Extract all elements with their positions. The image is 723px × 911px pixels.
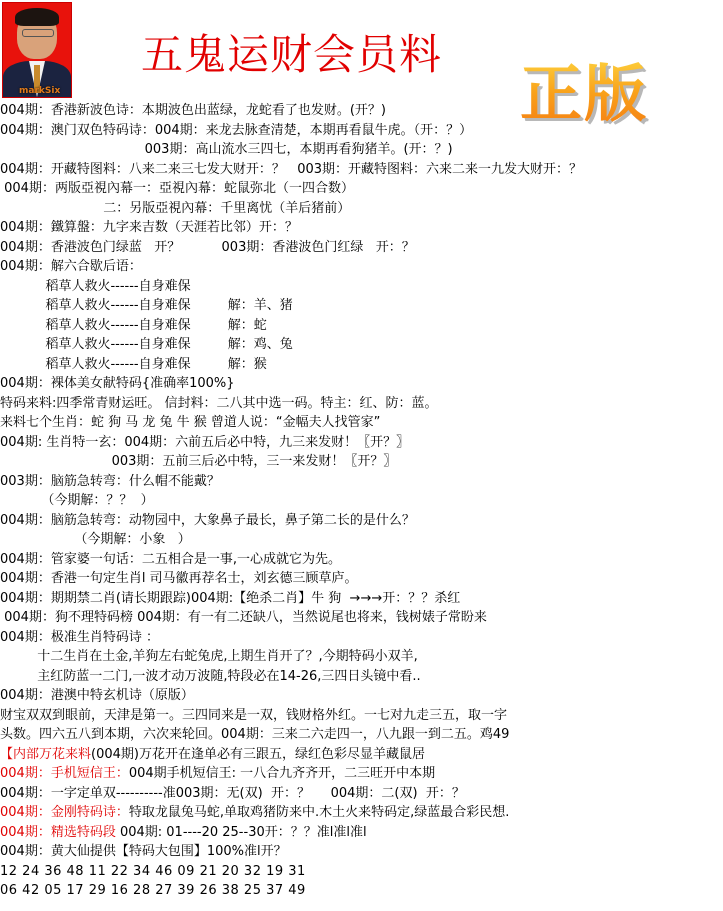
text-line: 头数。四六五八到本期，六次来轮回。004期：三来二六走四一，八九跟一到二五。鸡4… [0,725,723,745]
content-lines: 004期：香港新波色诗：本期波色出蓝绿，龙蛇看了也发财。(开？)004期：澳门双… [0,101,723,901]
text-line: 003期：五前三后必中特，三一来发财！〖开？〗 [0,452,723,472]
text-line: 004期：管家婆一句话：二五相合是一事,一心成就它为先。 [0,550,723,570]
line-text: 004期：开藏特图料：八来二来三七发大财开：？ 003期：开藏特图料：六来二来一… [0,162,582,177]
line-text: 财宝双双到眼前，天津是第一。三四同来是一双，钱财格外红。一七对九走三五，取一字 [0,708,507,723]
line-text: 004期手机短信王: 一八合九齐齐开，二三旺开中本期 [129,766,435,781]
line-text: 004期：澳门双色特码诗：004期：来龙去脉查清楚，本期再看鼠牛虎。（开：？） [0,123,472,138]
text-line: 004期：黄大仙提供【特码大包围】100%准l开？ [0,842,723,862]
line-text: 004期：黄大仙提供【特码大包围】100%准l开？ [0,844,287,859]
text-line: 二：另版亞視內幕：千里离忧（羊后猪前） [0,199,723,219]
text-line: 004期：港澳中特玄机诗（原版） [0,686,723,706]
line-text: 004期：一字定单双----------准003期：无(双) 开：？ 004期：… [0,786,465,801]
line-text: 003期：脑筋急转弯：什么帽不能戴？ [0,474,220,489]
text-line: 004期：香港一句定生肖l 司马徽再荐名士，刘玄德三顾草庐。 [0,569,723,589]
line-text: 头数。四六五八到本期，六次来轮回。004期：三来二六走四一，八九跟一到二五。鸡4… [0,727,509,742]
line-text: 003期：高山流水三四七，本期再看狗猪羊。(开：？) [0,142,453,157]
line-text: 004期：极准生肖特码诗 ： [0,630,159,645]
text-line: 004期：香港新波色诗：本期波色出蓝绿，龙蛇看了也发财。(开？) [0,101,723,121]
line-text: 稻草人救火------自身难保 解：蛇 [0,318,267,333]
line-text: 004期: 01----20 25--30开：？？准l准l准l [116,825,367,840]
text-line: 004期：开藏特图料：八来二来三七发大财开：？ 003期：开藏特图料：六来二来一… [0,160,723,180]
text-line: 004期：金刚特码诗：特取龙鼠兔马蛇,单取鸡猪防来中.木土火来特码定,绿蓝最合彩… [0,803,723,823]
line-text: 06 42 05 17 29 16 28 27 39 26 38 25 37 4… [0,883,306,898]
line-text: 004期：香港一句定生肖l 司马徽再荐名士，刘玄德三顾草庐。 [0,571,358,586]
text-line: 004期：精选特码段 004期: 01----20 25--30开：？？准l准l… [0,823,723,843]
text-line: 004期：澳门双色特码诗：004期：来龙去脉查清楚，本期再看鼠牛虎。（开：？） [0,121,723,141]
text-line: 004期：解六合歇后语： [0,257,723,277]
line-text: 稻草人救火------自身难保 解：鸡、兔 [0,337,293,352]
line-text: 特码来料:四季常青财运旺。 信封料：二八其中选一码。特主：红、防：蓝。 [0,396,438,411]
line-text: 004期：狗不理特码榜 004期：有一有二还缺八，当然说尾也将来，钱树婊子常盼来 [0,610,487,625]
line-text: （今期解：？？ ） [0,493,154,508]
line-text: 004期：香港新波色诗：本期波色出蓝绿，龙蛇看了也发财。(开？) [0,103,386,118]
highlight-label: 004期：手机短信王： [0,766,129,781]
portrait-glasses [22,29,54,37]
text-line: 003期：高山流水三四七，本期再看狗猪羊。(开：？) [0,140,723,160]
line-text: 004期: 生肖特一玄：004期：六前五后必中特，九三来发财！〖开？〗 [0,435,409,450]
highlight-label: 【内部万花来料 [0,747,91,762]
line-text: 稻草人救火------自身难保 解：猴 [0,357,267,372]
text-line: 004期：两版亞視內幕一：亞視內幕：蛇鼠弥北（一四合数） [0,179,723,199]
text-line: 004期：鐵算盤：九字来吉数（天涯若比邻）开：？ [0,218,723,238]
portrait-hair [15,8,59,26]
text-line: （今期解：小象 ） [0,530,723,550]
line-text: 004期：管家婆一句话：二五相合是一事,一心成就它为先。 [0,552,341,567]
text-line: 004期：一字定单双----------准003期：无(双) 开：？ 004期：… [0,784,723,804]
text-line: 06 42 05 17 29 16 28 27 39 26 38 25 37 4… [0,881,723,901]
line-text: 004期：香港波色门绿蓝 开？ 003期：香港波色门红绿 开：？ [0,240,415,255]
text-line: 财宝双双到眼前，天津是第一。三四同来是一双，钱财格外红。一七对九走三五，取一字 [0,706,723,726]
text-line: 稻草人救火------自身难保 [0,277,723,297]
line-text: 004期：港澳中特玄机诗（原版） [0,688,194,703]
marksix-logo: markSix [19,86,60,96]
text-line: 稻草人救火------自身难保 解：羊、猪 [0,296,723,316]
line-text: 稻草人救火------自身难保 [0,279,191,294]
portrait-photo: markSix [2,2,72,98]
text-line: 004期：脑筋急转弯：动物园中，大象鼻子最长，鼻子第二长的是什么？ [0,511,723,531]
line-text: 003期：五前三后必中特，三一来发财！〖开？〗 [0,454,396,469]
highlight-label: 004期：精选特码段 [0,825,116,840]
text-line: 稻草人救火------自身难保 解：蛇 [0,316,723,336]
text-line: 003期：脑筋急转弯：什么帽不能戴？ [0,472,723,492]
text-line: 主红防蓝一二门,一波才动万波随,特段必在14-26,三四日头镜中看.. [0,667,723,687]
line-text: 十二生肖在土金,羊狗左右蛇兔虎,上期生肖开了？,今期特码小双羊, [0,649,418,664]
line-text: 稻草人救火------自身难保 解：羊、猪 [0,298,293,313]
line-text: 主红防蓝一二门,一波才动万波随,特段必在14-26,三四日头镜中看.. [0,669,421,684]
text-line: 【内部万花来料(004期)万花开在逢单必有三跟五，绿红色彩尽显羊藏鼠居 [0,745,723,765]
line-text: 004期：解六合歇后语： [0,259,142,274]
line-text: （今期解：小象 ） [0,532,191,547]
text-line: 004期: 生肖特一玄：004期：六前五后必中特，九三来发财！〖开？〗 [0,433,723,453]
text-line: 十二生肖在土金,羊狗左右蛇兔虎,上期生肖开了？,今期特码小双羊, [0,647,723,667]
text-line: 004期：裸体美女献特码{准确率100%} [0,374,723,394]
text-line: 004期：期期禁二肖(请长期跟踪)004期:【绝杀二肖】牛 狗 →→→开：？？杀… [0,589,723,609]
line-text: 特取龙鼠兔马蛇,单取鸡猪防来中.木土火来特码定,绿蓝最合彩民想. [129,805,510,820]
text-line: 004期：狗不理特码榜 004期：有一有二还缺八，当然说尾也将来，钱树婊子常盼来 [0,608,723,628]
text-line: （今期解：？？ ） [0,491,723,511]
line-text: 004期：期期禁二肖(请长期跟踪)004期:【绝杀二肖】牛 狗 →→→开：？？杀… [0,591,460,606]
text-line: 004期：极准生肖特码诗 ： [0,628,723,648]
line-text: 004期：裸体美女献特码{准确率100%} [0,376,235,391]
line-text: 来料七个生肖：蛇 狗 马 龙 兔 牛 猴 曾道人说：“金幅夫人找管家” [0,415,380,430]
highlight-label: 004期：金刚特码诗： [0,805,129,820]
text-line: 稻草人救火------自身难保 解：鸡、兔 [0,335,723,355]
text-line: 004期：手机短信王：004期手机短信王: 一八合九齐齐开，二三旺开中本期 [0,764,723,784]
text-line: 004期：香港波色门绿蓝 开？ 003期：香港波色门红绿 开：？ [0,238,723,258]
text-line: 稻草人救火------自身难保 解：猴 [0,355,723,375]
line-text: (004期)万花开在逢单必有三跟五，绿红色彩尽显羊藏鼠居 [91,747,425,762]
line-text: 004期：鐵算盤：九字来吉数（天涯若比邻）开：？ [0,220,298,235]
text-line: 特码来料:四季常青财运旺。 信封料：二八其中选一码。特主：红、防：蓝。 [0,394,723,414]
line-text: 004期：两版亞視內幕一：亞視內幕：蛇鼠弥北（一四合数） [0,181,354,196]
page-title: 五鬼运财会员料 [141,22,442,82]
line-text: 二：另版亞視內幕：千里离忧（羊后猪前） [0,201,350,216]
text-line: 12 24 36 48 11 22 34 46 09 21 20 32 19 3… [0,862,723,882]
line-text: 004期：脑筋急转弯：动物园中，大象鼻子最长，鼻子第二长的是什么？ [0,513,415,528]
line-text: 12 24 36 48 11 22 34 46 09 21 20 32 19 3… [0,864,306,879]
text-line: 来料七个生肖：蛇 狗 马 龙 兔 牛 猴 曾道人说：“金幅夫人找管家” [0,413,723,433]
